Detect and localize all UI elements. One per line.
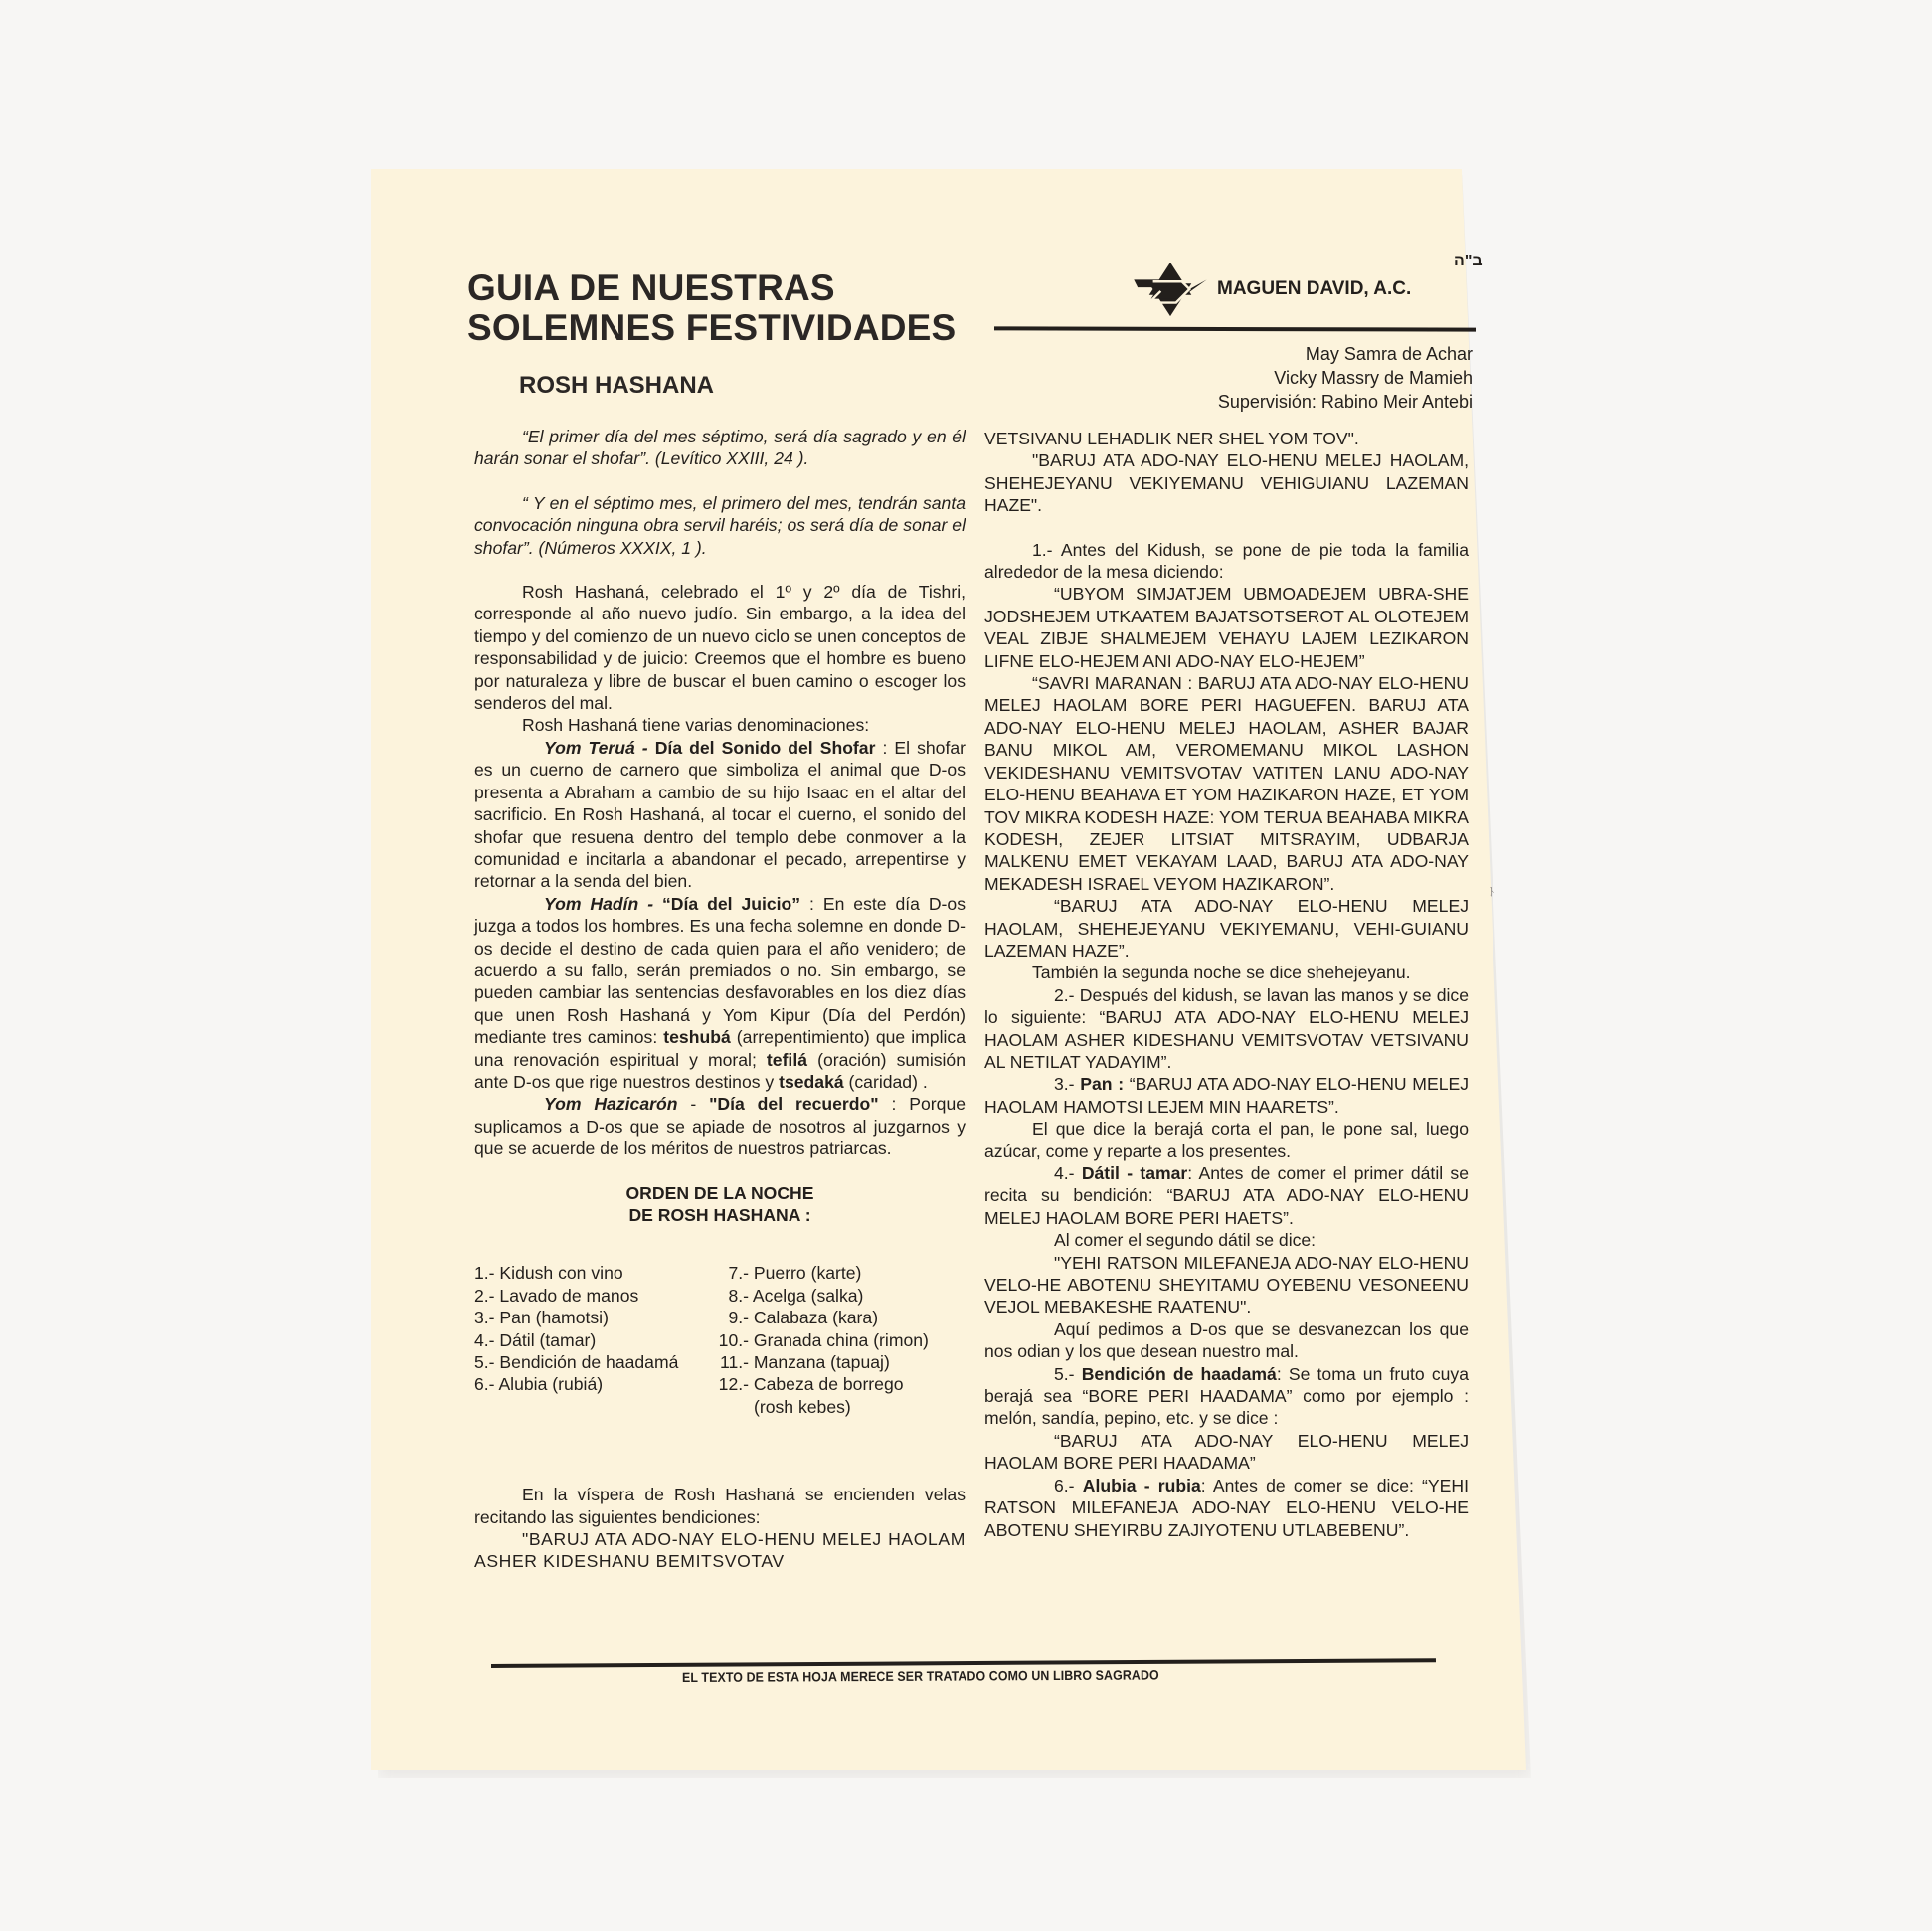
list-item: 2.- Lavado de manos	[474, 1285, 713, 1307]
credit-author-1: May Samra de Achar	[1218, 342, 1473, 366]
step-1: 1.- Antes del Kidush, se pone de pie tod…	[984, 539, 1469, 584]
list-item: 12.- Cabeza de borrego	[713, 1373, 962, 1395]
step-1-blessing: “UBYOM SIMJATJEM UBMOADEJEM UBRA-SHE JOD…	[984, 583, 1469, 672]
page-title: GUIA DE NUESTRAS SOLEMNES FESTIVIDADES	[467, 268, 956, 348]
step-4-note: Aquí pedimos a D-os que se desvanezcan l…	[984, 1318, 1469, 1363]
step-2: 2.- Después del kidush, se lavan las man…	[984, 984, 1469, 1074]
shehejeyanu-blessing-2: “BARUJ ATA ADO-NAY ELO-HENU MELEJ HAOLAM…	[984, 895, 1469, 962]
list-item: 4.- Dátil (tamar)	[474, 1329, 713, 1351]
kidush-blessing: “SAVRI MARANAN : BARUJ ATA ADO-NAY ELO-H…	[984, 672, 1469, 895]
step-4-blessing: "YEHI RATSON MILEFANEJA ADO-NAY ELO-HENU…	[984, 1252, 1469, 1318]
shehejeyanu-blessing: "BARUJ ATA ADO-NAY ELO-HENU MELEJ HAOLAM…	[984, 449, 1469, 516]
title-line-2: SOLEMNES FESTIVIDADES	[467, 308, 956, 348]
step-3-note: El que dice la berajá corta el pan, le p…	[984, 1118, 1469, 1162]
name-yom-hazicaron: Yom Hazicarón - "Día del recuerdo" : Por…	[474, 1093, 966, 1159]
list-item: 9.- Calabaza (kara)	[713, 1307, 962, 1328]
credit-author-2: Vicky Massry de Mamieh	[1218, 366, 1473, 390]
step-4-second: Al comer el segundo dátil se dice:	[984, 1229, 1469, 1251]
candles-blessing-continued: VETSIVANU LEHADLIK NER SHEL YOM TOV".	[984, 428, 1469, 449]
names-intro: Rosh Hashaná tiene varias denominaciones…	[474, 714, 966, 736]
order-list-second: 7.- Puerro (karte)8.- Acelga (salka)9.- …	[713, 1262, 962, 1418]
quote-leviticus: “El primer día del mes séptimo, será día…	[474, 426, 966, 470]
right-column: VETSIVANU LEHADLIK NER SHEL YOM TOV". "B…	[984, 428, 1469, 1541]
quote-numbers: “ Y en el séptimo mes, el primero del me…	[474, 492, 966, 559]
paper-mark: ﾄ	[1489, 883, 1494, 900]
organization-name: MAGUEN DAVID, A.C.	[1217, 278, 1411, 300]
left-column: “El primer día del mes séptimo, será día…	[474, 426, 966, 1573]
step-5-blessing: “BARUJ ATA ADO-NAY ELO-HENU MELEJ HAOLAM…	[984, 1430, 1469, 1475]
step-5: 5.- Bendición de haadamá: Se toma un fru…	[984, 1363, 1469, 1430]
organization-header: MAGUEN DAVID, A.C.	[1132, 261, 1411, 318]
credits: May Samra de Achar Vicky Massry de Mamie…	[1218, 342, 1473, 414]
name-yom-hadin: Yom Hadín - “Día del Juicio” : En este d…	[474, 893, 966, 1094]
intro-paragraph: Rosh Hashaná, celebrado el 1º y 2º día d…	[474, 581, 966, 714]
list-item: 5.- Bendición de haadamá	[474, 1351, 713, 1373]
order-list-first: 1.- Kidush con vino2.- Lavado de manos3.…	[474, 1262, 713, 1418]
list-item: 6.- Alubia (rubiá)	[474, 1373, 713, 1395]
title-line-1: GUIA DE NUESTRAS	[467, 268, 956, 308]
list-item: 10.- Granada china (rimon)	[713, 1329, 962, 1351]
second-night-note: También la segunda noche se dice sheheje…	[984, 962, 1469, 983]
name-yom-terua: Yom Teruá - Día del Sonido del Shofar : …	[474, 737, 966, 893]
step-6: 6.- Alubia - rubia: Antes de comer se di…	[984, 1475, 1469, 1541]
hebrew-mark: ב"ה	[1454, 253, 1483, 270]
step-3: 3.- Pan : “BARUJ ATA ADO-NAY ELO-HENU ME…	[984, 1073, 1469, 1118]
list-item: 3.- Pan (hamotsi)	[474, 1307, 713, 1328]
list-item: 8.- Acelga (salka)	[713, 1285, 962, 1307]
list-item-continued: (rosh kebes)	[713, 1396, 962, 1418]
order-list: 1.- Kidush con vino2.- Lavado de manos3.…	[474, 1262, 966, 1418]
credit-supervision: Supervisión: Rabino Meir Antebi	[1218, 390, 1473, 414]
step-4: 4.- Dátil - tamar: Antes de comer el pri…	[984, 1162, 1469, 1229]
list-item: 11.- Manzana (tapuaj)	[713, 1351, 962, 1373]
candles-paragraph: En la víspera de Rosh Hashaná se enciend…	[474, 1484, 966, 1528]
list-item: 1.- Kidush con vino	[474, 1262, 713, 1284]
order-heading: ORDEN DE LA NOCHEDE ROSH HASHANA :	[474, 1182, 966, 1227]
candles-blessing: "BARUJ ATA ADO-NAY ELO-HENU MELEJ HAOLAM…	[474, 1528, 966, 1573]
section-title: ROSH HASHANA	[519, 372, 714, 400]
star-of-david-logo-icon	[1132, 261, 1209, 318]
list-item: 7.- Puerro (karte)	[713, 1262, 962, 1284]
footer-note: EL TEXTO DE ESTA HOJA MERECE SER TRATADO…	[682, 1668, 1159, 1685]
